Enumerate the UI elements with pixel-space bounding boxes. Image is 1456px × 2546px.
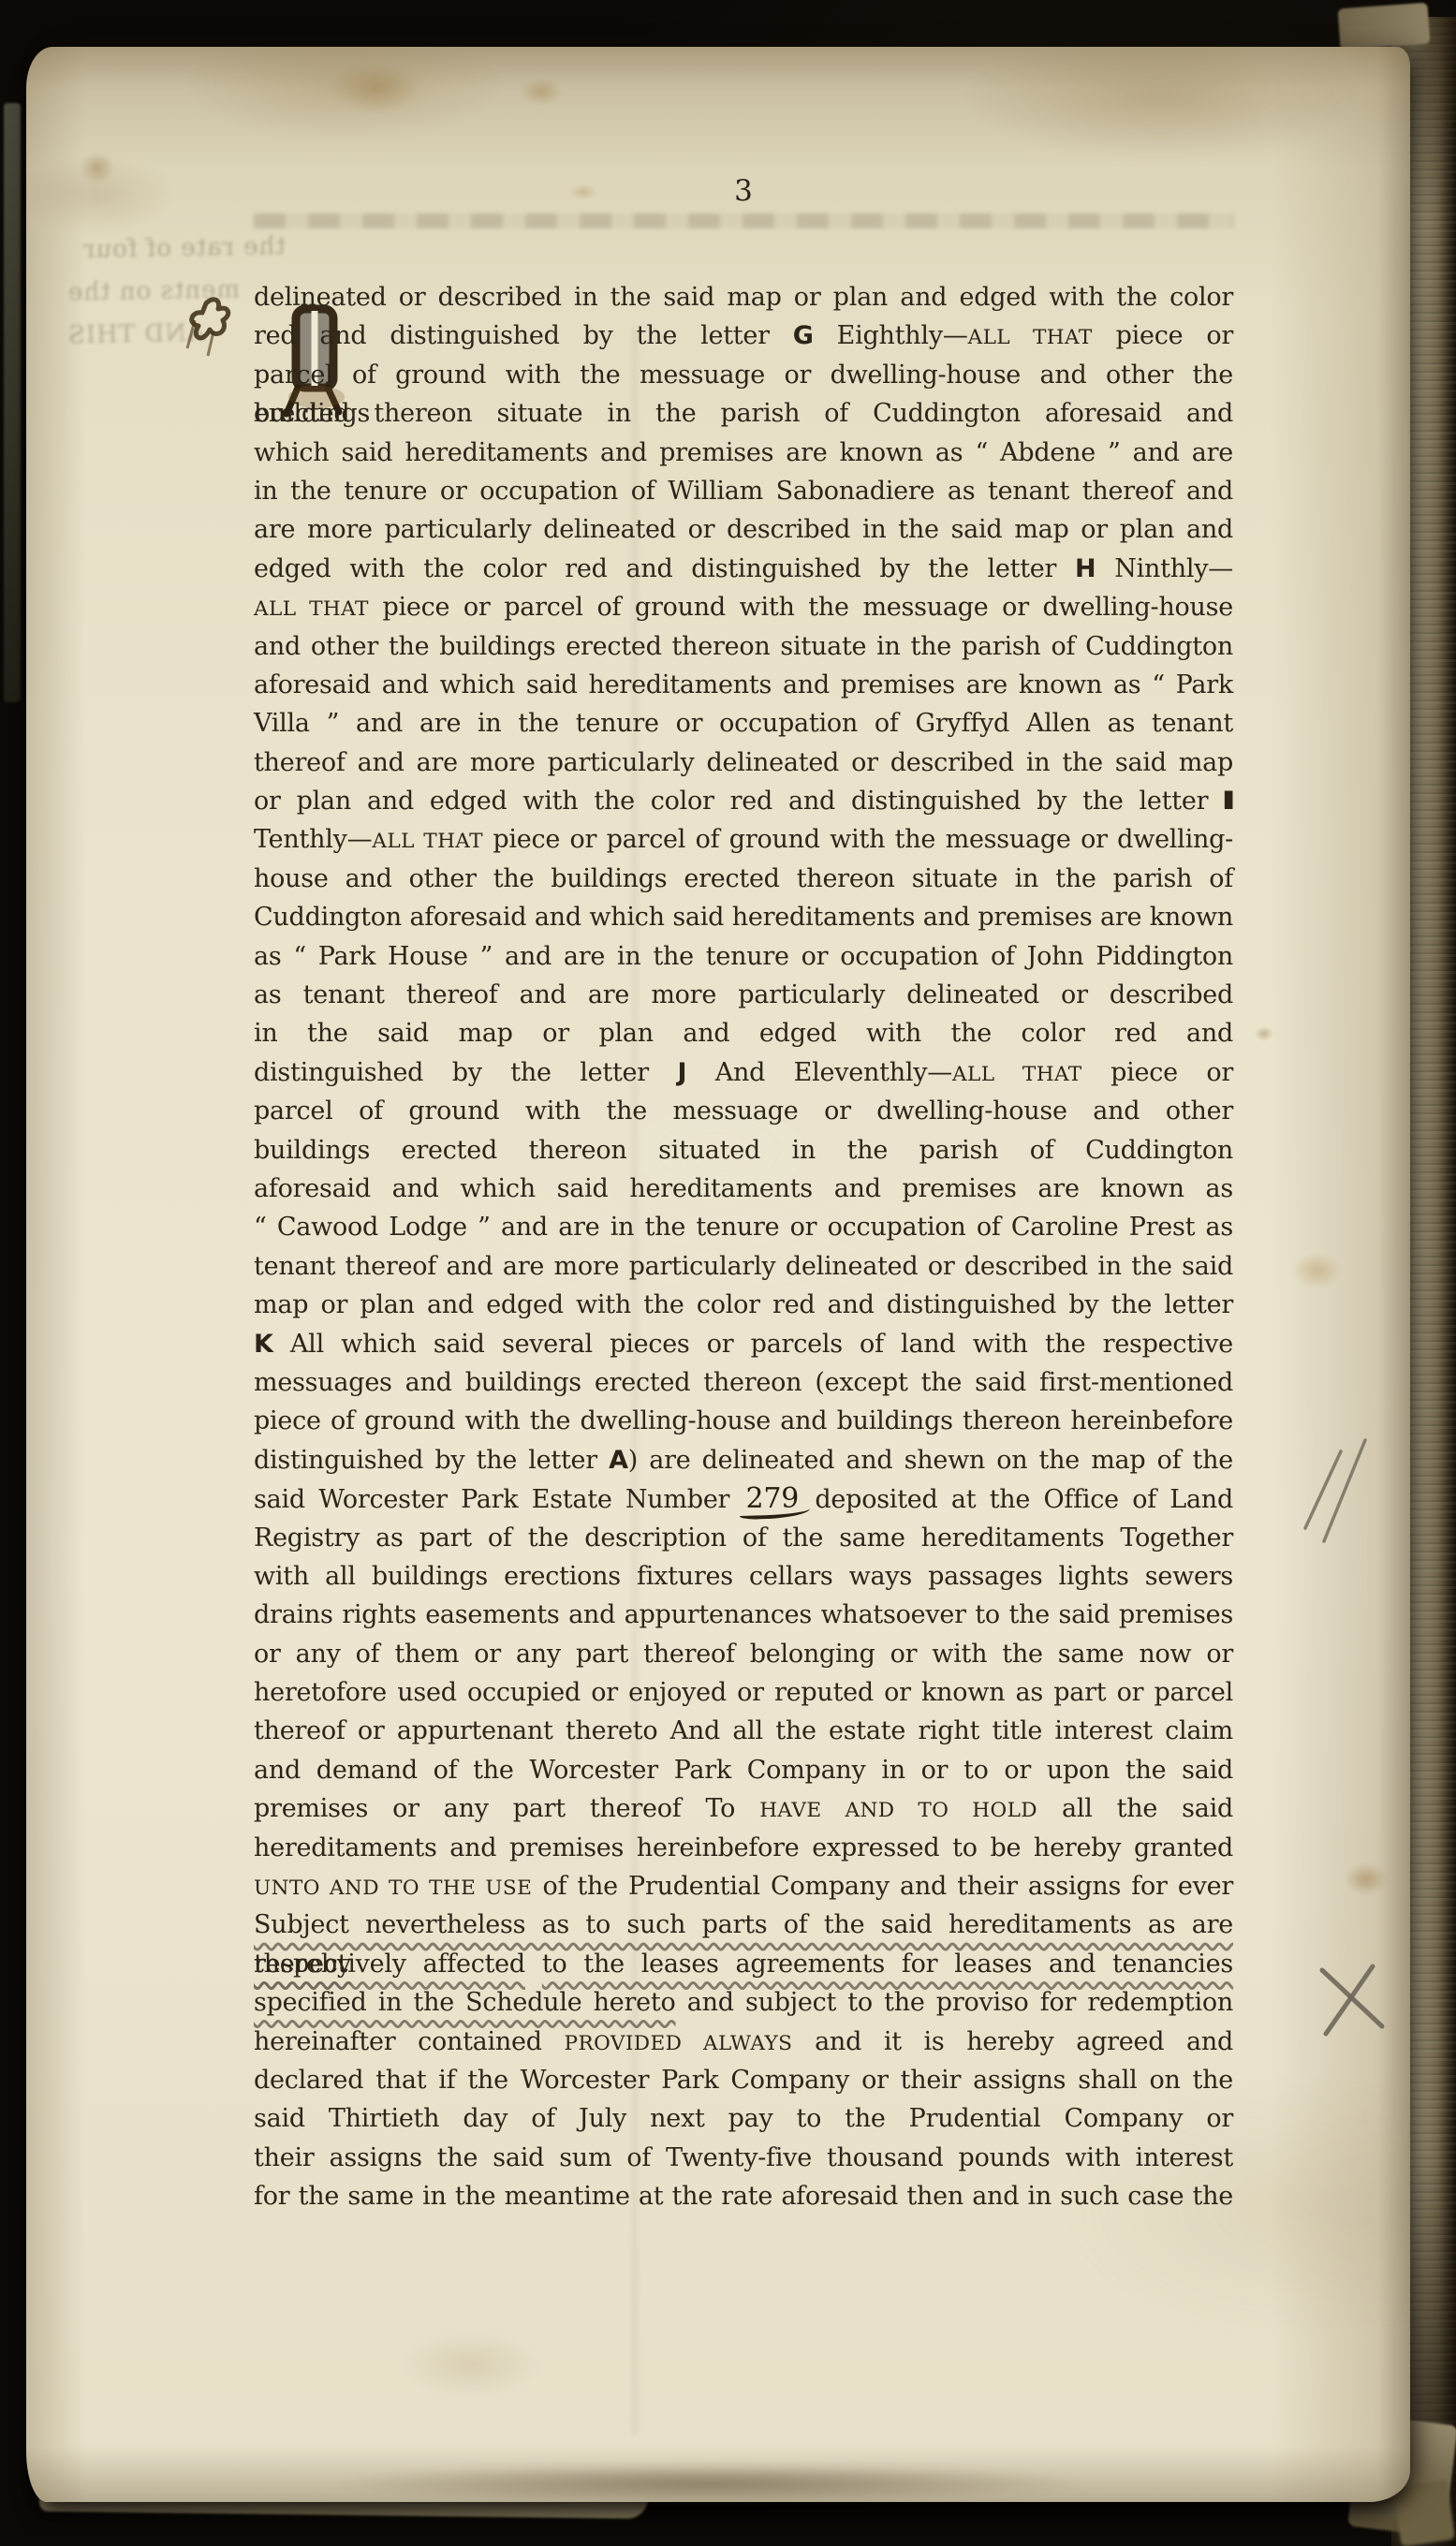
bottom-edge-smear [335, 2463, 1084, 2504]
text-run: or plan and edged with the color red and… [254, 787, 1224, 816]
text-run: their assigns the said sum of Twenty-fiv… [254, 2143, 1233, 2172]
text-run: “ Cawood Lodge ” and are in the tenure o… [254, 1213, 1233, 1242]
text-line: messuages and buildings erected thereon … [254, 1363, 1233, 1402]
text-run: Tenthly— [254, 825, 372, 854]
text-line: and other the buildings erected thereon … [254, 627, 1233, 666]
text-run: parcel of ground with the messuage or dw… [254, 1096, 1233, 1126]
text-line: drains rights easements and appurtenance… [254, 1596, 1233, 1634]
text-run: said Thirtieth day of July next pay to t… [254, 2104, 1233, 2133]
book-cover-edge [4, 103, 21, 702]
text-run: piece or parcel of ground with the messu… [369, 593, 1233, 622]
text-run: with all buildings erections fixtures ce… [254, 1562, 1233, 1591]
text-line: which said hereditaments and premises ar… [254, 434, 1233, 472]
text-run: red and distinguished by the letter [254, 321, 793, 350]
text-run: and other the buildings erected thereon … [254, 632, 1233, 661]
text-run: distinguished by the letter [254, 1446, 609, 1475]
text-run: hereditaments and premises hereinbefore … [254, 1833, 1233, 1862]
text-run-bl: G [793, 321, 814, 350]
text-run: or any of them or any part thereof belon… [254, 1640, 1233, 1669]
text-run: delineated or described in the said map … [254, 283, 1233, 312]
text-line: hereinafter contained PROVIDED ALWAYS an… [254, 2023, 1233, 2061]
show-through-band [254, 213, 1233, 228]
text-line: as “ Park House ” and are in the tenure … [254, 937, 1233, 976]
text-line: said Worcester Park Estate Number 279 de… [254, 1479, 1233, 1518]
paper-stain [1292, 1253, 1341, 1288]
text-run-pu: specified in the Schedule hereto [254, 1988, 676, 2017]
text-run: premises or any part thereof To [254, 1794, 759, 1823]
text-line: UNTO AND TO THE USE of the Prudential Co… [254, 1867, 1233, 1906]
text-line: distinguished by the letter J And Eleven… [254, 1053, 1233, 1092]
text-line: their assigns the said sum of Twenty-fiv… [254, 2139, 1233, 2177]
text-run: All which said several pieces or parcels… [273, 1330, 1233, 1359]
text-line: premises or any part thereof To HAVE AND… [254, 1789, 1233, 1828]
text-run: as tenant thereof and are more particula… [254, 980, 1233, 1009]
text-run: declared that if the Worcester Park Comp… [254, 2066, 1233, 2095]
text-line: for the same in the meantime at the rate… [254, 2177, 1233, 2215]
text-run: deposited at the Office of Land [802, 1485, 1233, 1514]
text-line: in the tenure or occupation of William S… [254, 472, 1233, 510]
text-run: edged with the color red and distinguish… [254, 554, 1075, 583]
paper-stain [331, 64, 421, 112]
text-run: And Eleventhly— [686, 1058, 952, 1087]
text-line: “ Cawood Lodge ” and are in the tenure o… [254, 1208, 1233, 1246]
text-line: and demand of the Worcester Park Company… [254, 1751, 1233, 1789]
text-run: messuages and buildings erected thereon … [254, 1368, 1233, 1397]
text-line: tenant thereof and are more particularly… [254, 1247, 1233, 1286]
book-top-edge [1338, 3, 1431, 51]
text-run: aforesaid and which said hereditaments a… [254, 1174, 1233, 1203]
text-run: piece or parcel of ground with the messu… [483, 825, 1233, 854]
text-line: or any of them or any part thereof belon… [254, 1635, 1233, 1673]
paper-stain [1255, 1026, 1273, 1041]
text-run: heretofore used occupied or enjoyed or r… [254, 1678, 1233, 1707]
text-run: ) are delineated and shewn on the map of… [628, 1446, 1233, 1475]
text-run-sc: UNTO AND TO THE USE [254, 1876, 532, 1900]
text-line: buildings erected thereon situated in th… [254, 1131, 1233, 1170]
text-run: piece or [1082, 1058, 1233, 1087]
text-run: tenant thereof and are more particularly… [254, 1252, 1233, 1281]
text-run: buildings erected thereon situated in th… [254, 1136, 1233, 1165]
text-line: aforesaid and which said hereditaments a… [254, 666, 1233, 704]
text-line: heretofore used occupied or enjoyed or r… [254, 1673, 1233, 1712]
text-line: Tenthly—ALL THAT piece or parcel of grou… [254, 820, 1233, 859]
text-line: as tenant thereof and are more particula… [254, 976, 1233, 1014]
text-line: aforesaid and which said hereditaments a… [254, 1170, 1233, 1208]
text-run: for the same in the meantime at the rate… [254, 2182, 1233, 2211]
text-line: Registry as part of the description of t… [254, 1519, 1233, 1557]
paper-stain [401, 2332, 541, 2397]
text-run: all the said [1037, 1794, 1233, 1823]
text-run-pu: to the leases agreements for leases and … [542, 1950, 1233, 1979]
text-line: with all buildings erections fixtures ce… [254, 1557, 1233, 1596]
show-through-text: the rate of four [82, 232, 286, 264]
text-run: and subject to the proviso for redemptio… [676, 1988, 1233, 2017]
text-run-sc: ALL THAT [968, 326, 1093, 349]
text-line: distinguished by the letter A) are delin… [254, 1441, 1233, 1479]
text-line: in the said map or plan and edged with t… [254, 1014, 1233, 1052]
text-run: in the tenure or occupation of William S… [254, 477, 1233, 506]
text-run-hand: 279 [743, 1482, 802, 1515]
text-run: as “ Park House ” and are in the tenure … [254, 942, 1233, 971]
text-run-bl: A [609, 1446, 628, 1475]
paper-stain [521, 79, 562, 105]
text-line: delineated or described in the said map … [254, 278, 1233, 316]
text-run: Registry as part of the description of t… [254, 1523, 1233, 1553]
paper-stain [1345, 1863, 1388, 1895]
book-page: the rate of four ments on the AND THIS 3… [26, 47, 1410, 2502]
text-run [525, 1950, 542, 1979]
text-run: of the Prudential Company and their assi… [532, 1872, 1233, 1901]
text-run: and it is hereby agreed and [792, 2027, 1233, 2056]
text-run-bl: I [1221, 782, 1237, 820]
text-line: thereof or appurtenant thereto And all t… [254, 1712, 1233, 1750]
text-run-bl: K [254, 1330, 273, 1359]
text-run: hereinafter contained [254, 2027, 565, 2056]
text-run-bl: J [677, 1058, 686, 1087]
pencil-x-mark [1311, 1957, 1395, 2041]
text-run: thereof or appurtenant thereto And all t… [254, 1716, 1233, 1745]
text-run: distinguished by the letter [254, 1058, 677, 1087]
text-line: declared that if the Worcester Park Comp… [254, 2061, 1233, 2099]
scanned-book-photo: { "document": { "page_number": "3", "gho… [0, 0, 1456, 2546]
text-line: respectively affected to the leases agre… [254, 1945, 1233, 1983]
text-line: K All which said several pieces or parce… [254, 1325, 1233, 1363]
text-run: Eighthly— [814, 321, 968, 350]
text-run: erected thereon situate in the parish of… [254, 399, 1233, 428]
text-run-sc: ALL THAT [372, 830, 483, 853]
text-run: which said hereditaments and premises ar… [254, 438, 1233, 467]
page-number: 3 [254, 174, 1233, 208]
pencil-double-slash-mark [1292, 1423, 1386, 1545]
text-run-sc: HAVE AND TO HOLD [759, 1799, 1037, 1822]
text-run: are more particularly delineated or desc… [254, 515, 1233, 544]
text-line: parcel of ground with the messuage or dw… [254, 1092, 1233, 1130]
text-run-pu: respectively affected [254, 1950, 525, 1979]
text-run: Villa ” and are in the tenure or occupat… [254, 709, 1233, 738]
text-run: piece of ground with the dwelling-house … [254, 1406, 1233, 1435]
text-run: Cuddington aforesaid and which said here… [254, 903, 1233, 932]
text-run: aforesaid and which said hereditaments a… [254, 670, 1233, 699]
text-line: specified in the Schedule hereto and sub… [254, 1983, 1233, 2022]
text-run: in the said map or plan and edged with t… [254, 1019, 1233, 1048]
text-run: house and other the buildings erected th… [254, 864, 1233, 893]
text-line: Villa ” and are in the tenure or occupat… [254, 704, 1233, 743]
text-line: erected thereon situate in the parish of… [254, 394, 1233, 433]
text-line: piece of ground with the dwelling-house … [254, 1402, 1233, 1440]
text-run-sc: ALL THAT [254, 597, 369, 621]
text-line: map or plan and edged with the color red… [254, 1286, 1233, 1324]
text-run: piece or [1093, 321, 1233, 350]
text-run: thereof and are more particularly deline… [254, 748, 1233, 777]
text-line: are more particularly delineated or desc… [254, 510, 1233, 549]
text-line: parcel of ground with the messuage or dw… [254, 356, 1233, 394]
text-line: Subject nevertheless as to such parts of… [254, 1906, 1233, 1944]
text-run-sc: ALL THAT [952, 1063, 1082, 1086]
text-line: house and other the buildings erected th… [254, 860, 1233, 898]
text-line: hereditaments and premises hereinbefore … [254, 1829, 1233, 1867]
text-run-sc: PROVIDED ALWAYS [565, 2032, 793, 2055]
text-run-bl: H [1075, 554, 1096, 583]
text-run: and demand of the Worcester Park Company… [254, 1756, 1233, 1785]
text-line: said Thirtieth day of July next pay to t… [254, 2099, 1233, 2138]
text-line: thereof and are more particularly deline… [254, 743, 1233, 782]
text-run: Ninthly— [1096, 554, 1233, 583]
bottom-page-edges [1393, 2480, 1455, 2546]
text-run: said Worcester Park Estate Number [254, 1485, 743, 1514]
text-line: or plan and edged with the color red and… [254, 782, 1233, 820]
paper-stain [81, 152, 114, 184]
text-line: edged with the color red and distinguish… [254, 550, 1233, 588]
text-line: Cuddington aforesaid and which said here… [254, 898, 1233, 936]
text-run: drains rights easements and appurtenance… [254, 1600, 1233, 1629]
deed-text-block: delineated or described in the said map … [254, 278, 1233, 2216]
text-line: red and distinguished by the letter G Ei… [254, 316, 1233, 355]
text-line: ALL THAT piece or parcel of ground with … [254, 588, 1233, 626]
text-run: map or plan and edged with the color red… [254, 1290, 1233, 1319]
